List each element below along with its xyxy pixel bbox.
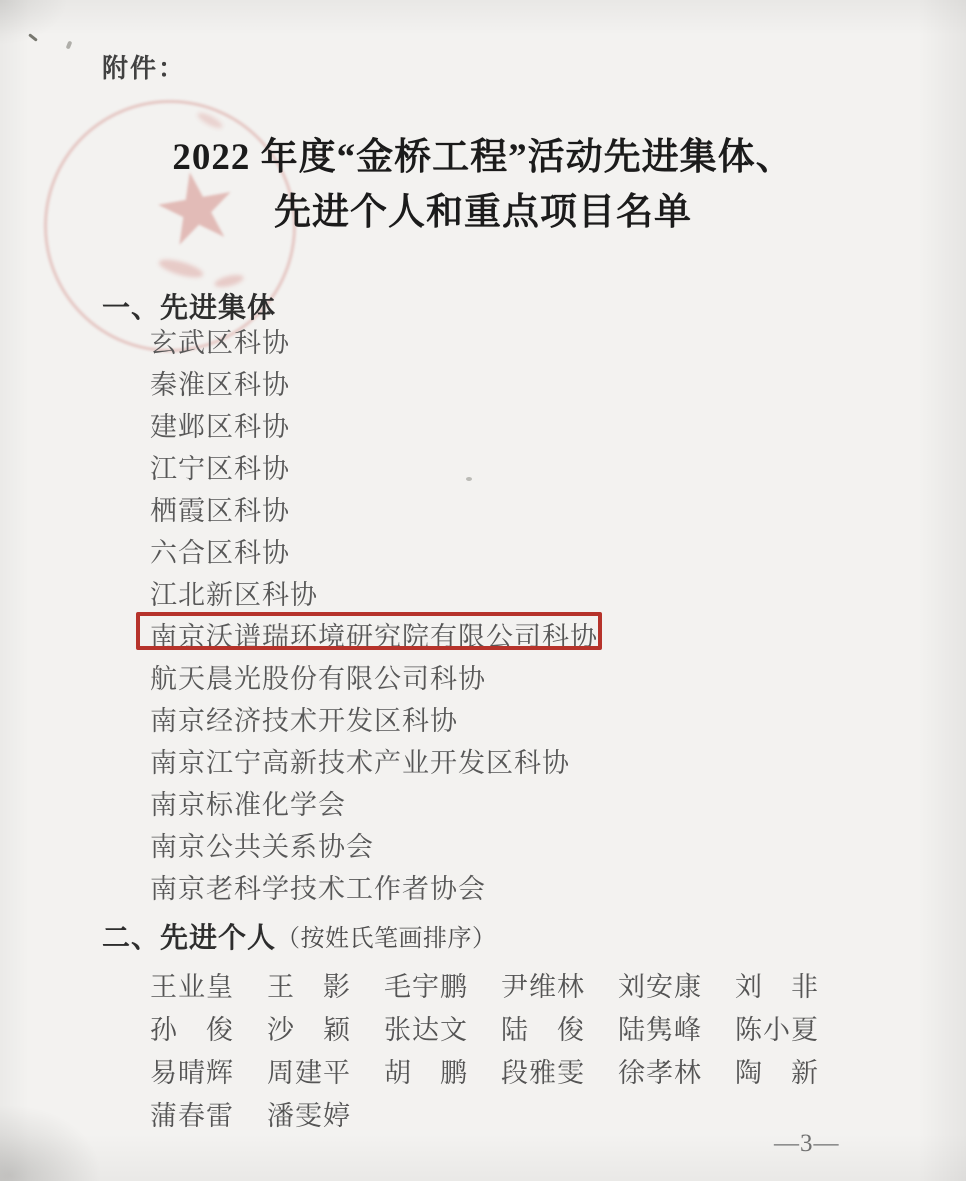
person-name: 周建平	[267, 1052, 351, 1095]
list-item: 玄武区科协	[150, 322, 598, 364]
person-name: 毛宇鹏	[384, 966, 468, 1009]
section1-title: 先进集体	[160, 292, 276, 323]
attachment-label: 附件：	[102, 48, 186, 85]
person-name: 尹维林	[501, 966, 585, 1009]
section2-heading: 二、先进个人（按姓氏笔画排序）	[102, 916, 497, 956]
list-item: 建邺区科协	[150, 406, 598, 448]
title-line-1: 2022 年度“金桥工程”活动先进集体、	[0, 130, 966, 185]
person-name: 陈小夏	[735, 1009, 819, 1052]
list-item: 六合区科协	[150, 532, 598, 574]
list-item: 南京标准化学会	[150, 784, 598, 826]
person-name: 易晴辉	[150, 1052, 234, 1095]
highlight-box	[136, 612, 602, 650]
scanned-document-page: ★ 附件： 2022 年度“金桥工程”活动先进集体、 先进个人和重点项目名单 一…	[0, 0, 966, 1181]
person-name: 沙 颖	[267, 1009, 351, 1052]
list-item: 江宁区科协	[150, 448, 598, 490]
person-name: 陶 新	[735, 1052, 819, 1095]
person-name: 王 影	[267, 966, 351, 1009]
list-item: 南京老科学技术工作者协会	[150, 868, 598, 910]
list-item: 栖霞区科协	[150, 490, 598, 532]
person-name: 刘 非	[735, 966, 819, 1009]
list-item: 南京公共关系协会	[150, 826, 598, 868]
section2-sort-note: （按姓氏笔画排序）	[276, 926, 497, 952]
document-title: 2022 年度“金桥工程”活动先进集体、 先进个人和重点项目名单	[0, 130, 966, 240]
person-name: 王业皇	[150, 966, 234, 1009]
list-item: 航天晨光股份有限公司科协	[150, 658, 598, 700]
advanced-individuals-grid: 王业皇 王 影 毛宇鹏 尹维林 刘安康 刘 非 孙 俊 沙 颖 张达文 陆 俊 …	[150, 966, 819, 1138]
section1-heading: 一、先进集体	[102, 286, 276, 326]
list-item: 南京江宁高新技术产业开发区科协	[150, 742, 598, 784]
person-name: 徐孝林	[618, 1052, 702, 1095]
person-name: 张达文	[384, 1009, 468, 1052]
person-name: 段雅雯	[501, 1052, 585, 1095]
person-name: 陆 俊	[501, 1009, 585, 1052]
section2-title: 先进个人	[160, 922, 276, 953]
person-name: 孙 俊	[150, 1009, 234, 1052]
person-name: 蒲春雷	[150, 1095, 234, 1138]
person-name: 陆隽峰	[618, 1009, 702, 1052]
title-line-2: 先进个人和重点项目名单	[0, 185, 966, 240]
list-item: 江北新区科协	[150, 574, 598, 616]
list-item: 秦淮区科协	[150, 364, 598, 406]
scan-speck	[28, 33, 38, 42]
person-name: 刘安康	[618, 966, 702, 1009]
person-name: 潘雯婷	[267, 1095, 351, 1138]
scan-speck	[66, 41, 73, 50]
list-item: 南京经济技术开发区科协	[150, 700, 598, 742]
page-number: —3—	[774, 1130, 840, 1158]
person-name: 胡 鹏	[384, 1052, 468, 1095]
section1-index: 一、	[102, 292, 160, 323]
section2-index: 二、	[102, 922, 160, 953]
